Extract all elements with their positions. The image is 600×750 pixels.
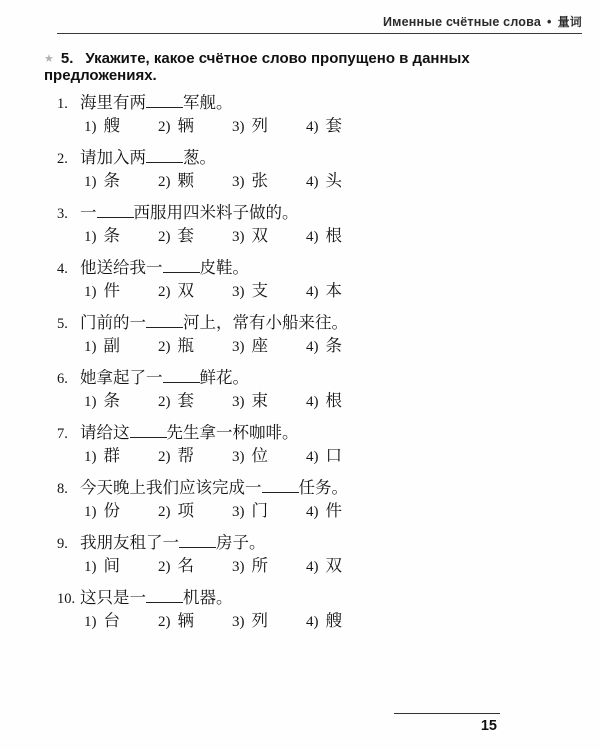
answer-option: 2)双 xyxy=(158,280,232,303)
answer-option: 4)头 xyxy=(306,170,342,193)
answer-option: 3)所 xyxy=(232,555,306,578)
running-header: Именные счётные слова•量词 xyxy=(57,13,582,30)
answer-option: 3)双 xyxy=(232,225,306,248)
answer-option: 2)名 xyxy=(158,555,232,578)
option-word: 颗 xyxy=(178,171,195,190)
option-word: 支 xyxy=(252,281,269,300)
option-word: 列 xyxy=(252,116,269,135)
footer-rule-line xyxy=(394,713,500,714)
question-sentence: 3.一西服用四米料子做的。 xyxy=(57,202,586,225)
option-number: 2) xyxy=(158,284,171,300)
blank-line xyxy=(146,94,183,108)
blank-line xyxy=(163,369,200,383)
answer-options-row: 1)艘2)辆3)列4)套 xyxy=(57,115,586,138)
blank-line xyxy=(97,204,134,218)
answer-option: 4)本 xyxy=(306,280,342,303)
option-word: 套 xyxy=(178,226,195,245)
sentence-after-blank: 房子。 xyxy=(216,533,266,552)
question-number: 5. xyxy=(57,313,80,335)
sentence-before-blank: 门前的一 xyxy=(80,313,146,332)
question-number: 6. xyxy=(57,368,80,390)
question-item: 6.她拿起了一鲜花。 1)条2)套3)束4)根 xyxy=(57,367,586,413)
option-number: 2) xyxy=(158,119,171,135)
option-number: 1) xyxy=(84,284,97,300)
page-number: 15 xyxy=(394,718,497,734)
option-word: 位 xyxy=(252,446,269,465)
sentence-after-blank: 西服用四米料子做的。 xyxy=(134,203,299,222)
sentence-before-blank: 我朋友租了一 xyxy=(80,533,179,552)
answer-option: 4)双 xyxy=(306,555,342,578)
option-number: 2) xyxy=(158,504,171,520)
option-word: 瓶 xyxy=(178,336,195,355)
option-word: 座 xyxy=(252,336,269,355)
answer-options-row: 1)条2)套3)双4)根 xyxy=(57,225,586,248)
answer-options-row: 1)件2)双3)支4)本 xyxy=(57,280,586,303)
option-number: 3) xyxy=(232,339,245,355)
option-word: 条 xyxy=(104,171,121,190)
header-title-cn: 量词 xyxy=(558,15,582,29)
exercise-number: 5. xyxy=(61,50,74,67)
option-number: 2) xyxy=(158,394,171,410)
header-separator-dot: • xyxy=(547,15,552,29)
question-sentence: 2.请加入两葱。 xyxy=(57,147,586,170)
sentence-after-blank: 河上，常有小船来往。 xyxy=(183,313,348,332)
option-word: 名 xyxy=(178,556,195,575)
answer-option: 4)艘 xyxy=(306,610,342,633)
answer-options-row: 1)条2)套3)束4)根 xyxy=(57,390,586,413)
question-number: 9. xyxy=(57,533,80,555)
blank-line xyxy=(146,149,183,163)
option-word: 件 xyxy=(326,501,343,520)
option-number: 4) xyxy=(306,449,319,465)
option-number: 2) xyxy=(158,174,171,190)
sentence-after-blank: 葱。 xyxy=(183,148,216,167)
option-number: 2) xyxy=(158,449,171,465)
answer-options-row: 1)副2)瓶3)座4)条 xyxy=(57,335,586,358)
option-number: 3) xyxy=(232,119,245,135)
blank-line xyxy=(146,589,183,603)
header-rule-line xyxy=(57,33,582,34)
question-number: 1. xyxy=(57,93,80,115)
option-number: 4) xyxy=(306,559,319,575)
option-word: 台 xyxy=(104,611,121,630)
option-number: 2) xyxy=(158,559,171,575)
sentence-before-blank: 请加入两 xyxy=(80,148,146,167)
option-word: 副 xyxy=(104,336,121,355)
question-item: 9.我朋友租了一房子。 1)间2)名3)所4)双 xyxy=(57,532,586,578)
sentence-before-blank: 请给这 xyxy=(80,423,130,442)
option-number: 4) xyxy=(306,229,319,245)
sentence-before-blank: 他送给我一 xyxy=(80,258,163,277)
answer-option: 2)瓶 xyxy=(158,335,232,358)
option-number: 3) xyxy=(232,394,245,410)
option-number: 3) xyxy=(232,614,245,630)
answer-option: 1)件 xyxy=(84,280,158,303)
option-word: 双 xyxy=(178,281,195,300)
answer-option: 1)台 xyxy=(84,610,158,633)
header-title-ru: Именные счётные слова xyxy=(383,15,541,29)
option-number: 1) xyxy=(84,449,97,465)
option-word: 辆 xyxy=(178,611,195,630)
exercise-title: ★5.Укажите, какое счётное слово пропущен… xyxy=(44,50,586,84)
question-sentence: 4.他送给我一皮鞋。 xyxy=(57,257,586,280)
option-word: 群 xyxy=(104,446,121,465)
sentence-after-blank: 军舰。 xyxy=(183,93,233,112)
option-word: 间 xyxy=(104,556,121,575)
answer-option: 2)套 xyxy=(158,225,232,248)
answer-options-row: 1)群2)帮3)位4)口 xyxy=(57,445,586,468)
option-number: 1) xyxy=(84,504,97,520)
blank-line xyxy=(146,314,183,328)
blank-line xyxy=(163,259,200,273)
option-number: 1) xyxy=(84,339,97,355)
answer-option: 3)位 xyxy=(232,445,306,468)
option-number: 4) xyxy=(306,504,319,520)
option-word: 套 xyxy=(326,116,343,135)
answer-option: 4)条 xyxy=(306,335,342,358)
question-sentence: 7.请给这先生拿一杯咖啡。 xyxy=(57,422,586,445)
option-word: 份 xyxy=(104,501,121,520)
question-list: 1.海里有两军舰。 1)艘2)辆3)列4)套 2.请加入两葱。 1)条2)颗3)… xyxy=(57,92,586,642)
option-word: 条 xyxy=(104,391,121,410)
option-number: 4) xyxy=(306,174,319,190)
blank-line xyxy=(179,534,216,548)
question-sentence: 1.海里有两军舰。 xyxy=(57,92,586,115)
blank-line xyxy=(130,424,167,438)
option-word: 套 xyxy=(178,391,195,410)
option-number: 4) xyxy=(306,394,319,410)
sentence-before-blank: 这只是一 xyxy=(80,588,146,607)
question-sentence: 8.今天晚上我们应该完成一任务。 xyxy=(57,477,586,500)
option-word: 辆 xyxy=(178,116,195,135)
answer-option: 4)件 xyxy=(306,500,342,523)
option-number: 1) xyxy=(84,119,97,135)
option-word: 双 xyxy=(252,226,269,245)
option-number: 4) xyxy=(306,284,319,300)
option-word: 件 xyxy=(104,281,121,300)
option-number: 3) xyxy=(232,229,245,245)
question-number: 4. xyxy=(57,258,80,280)
sentence-after-blank: 任务。 xyxy=(299,478,349,497)
answer-option: 4)根 xyxy=(306,390,342,413)
answer-option: 1)条 xyxy=(84,390,158,413)
answer-option: 3)支 xyxy=(232,280,306,303)
option-word: 束 xyxy=(252,391,269,410)
option-word: 口 xyxy=(326,446,343,465)
sentence-before-blank: 一 xyxy=(80,203,97,222)
question-number: 8. xyxy=(57,478,80,500)
question-item: 8.今天晚上我们应该完成一任务。 1)份2)项3)门4)件 xyxy=(57,477,586,523)
question-item: 3.一西服用四米料子做的。 1)条2)套3)双4)根 xyxy=(57,202,586,248)
answer-option: 3)门 xyxy=(232,500,306,523)
option-word: 头 xyxy=(326,171,343,190)
answer-option: 2)套 xyxy=(158,390,232,413)
question-number: 2. xyxy=(57,148,80,170)
answer-option: 3)列 xyxy=(232,610,306,633)
option-number: 3) xyxy=(232,559,245,575)
option-number: 4) xyxy=(306,339,319,355)
answer-option: 2)辆 xyxy=(158,610,232,633)
option-number: 2) xyxy=(158,229,171,245)
answer-option: 4)套 xyxy=(306,115,342,138)
question-sentence: 5.门前的一河上，常有小船来往。 xyxy=(57,312,586,335)
option-number: 2) xyxy=(158,614,171,630)
question-item: 5.门前的一河上，常有小船来往。 1)副2)瓶3)座4)条 xyxy=(57,312,586,358)
option-word: 根 xyxy=(326,226,343,245)
option-number: 3) xyxy=(232,284,245,300)
option-word: 项 xyxy=(178,501,195,520)
answer-option: 1)副 xyxy=(84,335,158,358)
question-sentence: 10.这只是一机器。 xyxy=(57,587,586,610)
option-word: 列 xyxy=(252,611,269,630)
option-word: 张 xyxy=(252,171,269,190)
option-number: 1) xyxy=(84,614,97,630)
question-sentence: 6.她拿起了一鲜花。 xyxy=(57,367,586,390)
option-number: 3) xyxy=(232,449,245,465)
option-number: 4) xyxy=(306,119,319,135)
answer-option: 4)根 xyxy=(306,225,342,248)
sentence-after-blank: 皮鞋。 xyxy=(200,258,250,277)
star-icon: ★ xyxy=(44,53,54,65)
option-word: 帮 xyxy=(178,446,195,465)
answer-option: 1)条 xyxy=(84,225,158,248)
sentence-after-blank: 鲜花。 xyxy=(200,368,250,387)
sentence-before-blank: 今天晚上我们应该完成一 xyxy=(80,478,262,497)
option-word: 双 xyxy=(326,556,343,575)
option-word: 根 xyxy=(326,391,343,410)
question-item: 2.请加入两葱。 1)条2)颗3)张4)头 xyxy=(57,147,586,193)
option-word: 艘 xyxy=(326,611,343,630)
option-number: 1) xyxy=(84,394,97,410)
sentence-after-blank: 机器。 xyxy=(183,588,233,607)
answer-option: 4)口 xyxy=(306,445,342,468)
answer-option: 2)帮 xyxy=(158,445,232,468)
textbook-page: Именные счётные слова•量词 ★5.Укажите, как… xyxy=(0,0,600,750)
option-number: 4) xyxy=(306,614,319,630)
option-word: 艘 xyxy=(104,116,121,135)
question-number: 3. xyxy=(57,203,80,225)
answer-option: 3)列 xyxy=(232,115,306,138)
question-sentence: 9.我朋友租了一房子。 xyxy=(57,532,586,555)
question-item: 1.海里有两军舰。 1)艘2)辆3)列4)套 xyxy=(57,92,586,138)
option-word: 条 xyxy=(104,226,121,245)
option-word: 门 xyxy=(252,501,269,520)
answer-option: 1)间 xyxy=(84,555,158,578)
answer-options-row: 1)台2)辆3)列4)艘 xyxy=(57,610,586,633)
question-item: 4.他送给我一皮鞋。 1)件2)双3)支4)本 xyxy=(57,257,586,303)
option-word: 条 xyxy=(326,336,343,355)
option-number: 3) xyxy=(232,174,245,190)
option-number: 1) xyxy=(84,229,97,245)
answer-option: 2)项 xyxy=(158,500,232,523)
option-number: 1) xyxy=(84,174,97,190)
option-word: 所 xyxy=(252,556,269,575)
option-number: 3) xyxy=(232,504,245,520)
option-number: 1) xyxy=(84,559,97,575)
blank-line xyxy=(262,479,299,493)
question-number: 7. xyxy=(57,423,80,445)
answer-option: 1)艘 xyxy=(84,115,158,138)
answer-option: 2)颗 xyxy=(158,170,232,193)
answer-option: 1)群 xyxy=(84,445,158,468)
answer-options-row: 1)间2)名3)所4)双 xyxy=(57,555,586,578)
question-item: 7.请给这先生拿一杯咖啡。 1)群2)帮3)位4)口 xyxy=(57,422,586,468)
sentence-after-blank: 先生拿一杯咖啡。 xyxy=(167,423,299,442)
answer-options-row: 1)份2)项3)门4)件 xyxy=(57,500,586,523)
option-number: 2) xyxy=(158,339,171,355)
question-item: 10.这只是一机器。 1)台2)辆3)列4)艘 xyxy=(57,587,586,633)
answer-option: 3)束 xyxy=(232,390,306,413)
sentence-before-blank: 她拿起了一 xyxy=(80,368,163,387)
answer-option: 2)辆 xyxy=(158,115,232,138)
answer-option: 3)张 xyxy=(232,170,306,193)
answer-options-row: 1)条2)颗3)张4)头 xyxy=(57,170,586,193)
answer-option: 1)条 xyxy=(84,170,158,193)
answer-option: 3)座 xyxy=(232,335,306,358)
answer-option: 1)份 xyxy=(84,500,158,523)
option-word: 本 xyxy=(326,281,343,300)
sentence-before-blank: 海里有两 xyxy=(80,93,146,112)
question-number: 10. xyxy=(57,588,80,610)
exercise-instruction: Укажите, какое счётное слово пропущено в… xyxy=(44,50,470,84)
